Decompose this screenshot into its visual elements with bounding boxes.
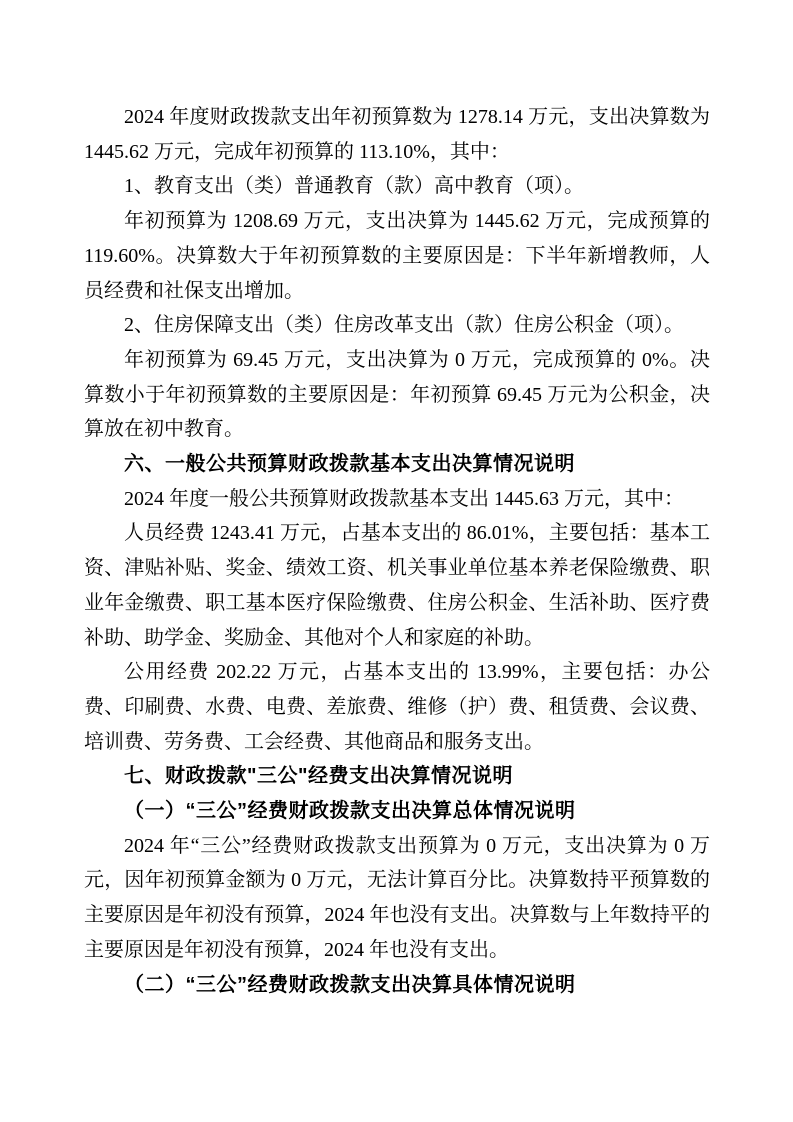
paragraph: 2024 年度一般公共预算财政拨款基本支出 1445.63 万元，其中： xyxy=(84,482,710,517)
paragraph: 2、住房保障支出（类）住房改革支出（款）住房公积金（项）。 xyxy=(84,308,710,343)
paragraph: 1、教育支出（类）普通教育（款）高中教育（项）。 xyxy=(84,169,710,204)
subsection-heading: （一）“三公”经费财政拨款支出决算总体情况说明 xyxy=(84,794,710,829)
paragraph: 年初预算为 69.45 万元，支出决算为 0 万元，完成预算的 0%。决算数小于… xyxy=(84,343,710,447)
paragraph: 公用经费 202.22 万元，占基本支出的 13.99%，主要包括：办公费、印刷… xyxy=(84,655,710,759)
paragraph: 年初预算为 1208.69 万元，支出决算为 1445.62 万元，完成预算的 … xyxy=(84,204,710,308)
section-heading: 六、一般公共预算财政拨款基本支出决算情况说明 xyxy=(84,447,710,482)
section-heading: 七、财政拨款"三公"经费支出决算情况说明 xyxy=(84,759,710,794)
document-content: 2024 年度财政拨款支出年初预算数为 1278.14 万元，支出决算数为 14… xyxy=(84,100,710,1002)
paragraph: 2024 年“三公”经费财政拨款支出预算为 0 万元，支出决算为 0 万元，因年… xyxy=(84,829,710,968)
paragraph: 人员经费 1243.41 万元，占基本支出的 86.01%，主要包括：基本工资、… xyxy=(84,516,710,655)
paragraph: 2024 年度财政拨款支出年初预算数为 1278.14 万元，支出决算数为 14… xyxy=(84,100,710,169)
document-page: 2024 年度财政拨款支出年初预算数为 1278.14 万元，支出决算数为 14… xyxy=(0,0,793,1122)
subsection-heading: （二）“三公”经费财政拨款支出决算具体情况说明 xyxy=(84,968,710,1003)
